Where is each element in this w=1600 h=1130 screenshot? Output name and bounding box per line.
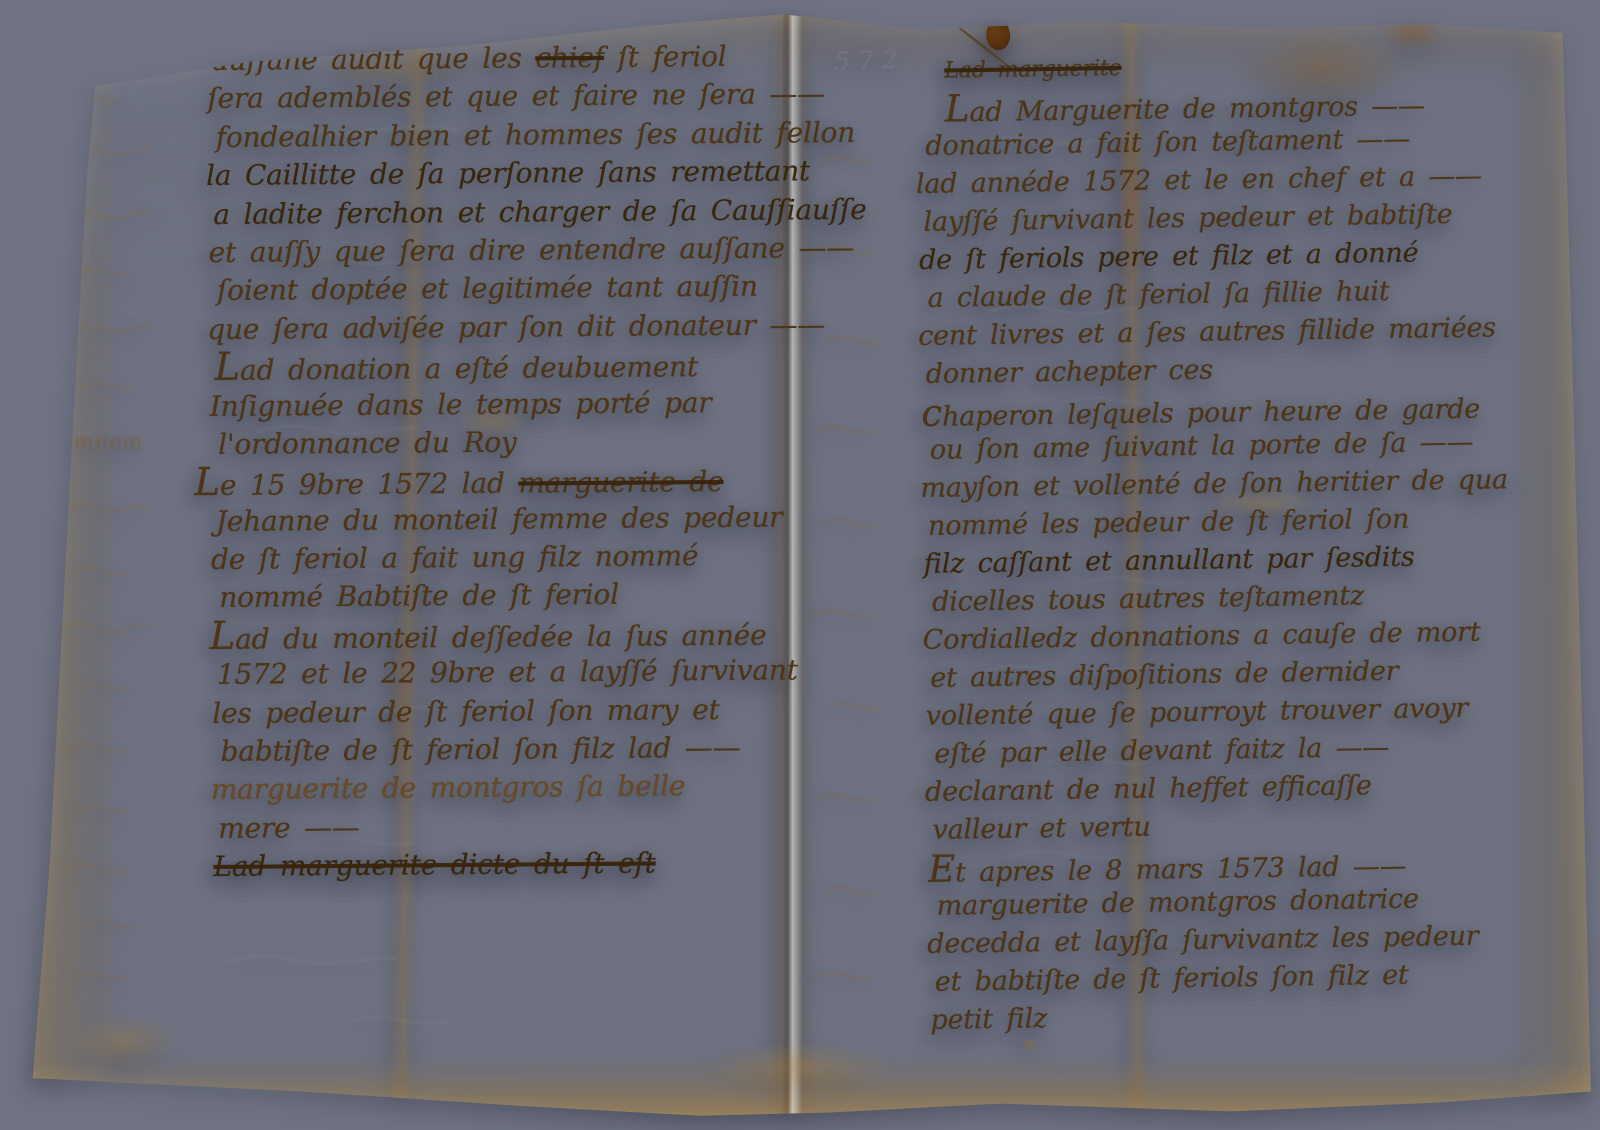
manuscript-line: Lad marguerite dicte du ſt eſt — [213, 844, 797, 887]
margin-mark: -b — [54, 53, 81, 84]
line-text: declarant de nul heffet efficaſſe — [925, 770, 1372, 808]
manuscript-line: Lad du monteil deſſedée la ſus année — [210, 613, 796, 656]
line-text: eſté par elle devant faitz la —— — [934, 732, 1389, 770]
manuscript-line: que ſera adviſée par ſon dit donateur —— — [207, 306, 793, 349]
line-text: a ladite ferchon et charger de ſa Cauſſi… — [213, 192, 866, 230]
manuscript-line: fondealhier bien et hommes ſes audit fel… — [216, 114, 792, 157]
left-page-text: auſſane audit que les chief ſt feriol ſe… — [205, 37, 798, 886]
paper-shadow-wrap: -b ſolemnem 572 auſſane audit que les ch… — [28, 12, 1594, 1118]
manuscript-line: et auſſy que ſera dire entendre auſſane … — [209, 229, 793, 272]
manuscript-line: ſoient doptée et legitimée tant auſſin — [217, 268, 793, 311]
line-text: decedda et layſſa ſurvivantz les pedeur — [927, 921, 1479, 960]
faint-pencil-mark: 572 — [834, 45, 907, 76]
struck-text: chief — [535, 41, 604, 75]
line-text: les pedeur de ſt feriol ſon mary et — [212, 693, 720, 730]
showthrough-note: ſolemnem — [30, 430, 143, 454]
manuscript-line: les pedeur de ſt feriol ſon mary et — [212, 690, 796, 733]
line-text: mayſon et vollenté de ſon heritier de qu… — [920, 464, 1508, 504]
line-text: Jehanne du monteil femme des pedeur — [216, 500, 783, 537]
line-text: marguerite de montgros donatrice — [936, 884, 1419, 922]
line-text: nommé Babtiſte de ſt feriol — [219, 578, 619, 614]
line-text: Lad du monteil deſſedée la ſus année — [210, 618, 767, 655]
line-text: que ſera adviſée par ſon dit donateur —— — [207, 308, 825, 346]
line-text: de ſt feriols pere et filz et a donné — [919, 238, 1419, 276]
manuscript-line: ſera ademblés et que et faire ne ſera —— — [207, 76, 791, 119]
manuscript-photograph: -b ſolemnem 572 auſſane audit que les ch… — [0, 0, 1600, 1130]
line-text: filz caſſant et annullant par ſesdits — [923, 542, 1414, 580]
manuscript-line: Lad donation a eſté deubuement — [214, 345, 793, 388]
line-text: donatrice a fait ſon teſtament —— — [925, 124, 1410, 162]
line-text: 1572 et le 22 9bre et a layſſé ſurvivant — [217, 654, 798, 692]
line-text: mere —— — [218, 811, 360, 845]
line-text: de ſt feriol a fait ung filz nommé — [211, 539, 698, 576]
manuscript-line: nommé Babtiſte de ſt feriol — [219, 575, 795, 618]
line-text: cent livres et a ſes autres fillide mari… — [918, 312, 1496, 352]
line-text: valleur et vertu — [932, 812, 1151, 846]
line-text: dicelles tous autres teſtamentz — [932, 580, 1364, 617]
line-text: ſt feriol — [604, 40, 727, 74]
line-text: ſera ademblés et que et faire ne ſera —— — [207, 78, 825, 116]
line-text: marguerite de montgros ſa belle — [211, 770, 686, 807]
manuscript-line: Jehanne du monteil femme des pedeur — [216, 498, 795, 541]
line-text: auſſane audit que les — [212, 41, 535, 77]
manuscript-line: la Caillitte de ſa perſonne ſans remetta… — [206, 153, 792, 196]
manuscript-line: mere —— — [218, 805, 797, 848]
manuscript-line: 1572 et le 22 9bre et a layſſé ſurvivant — [217, 652, 796, 695]
line-text: l'ordonnance du Roy — [218, 425, 517, 460]
line-text: nommé les pedeur de ſt feriol ſon — [928, 504, 1410, 542]
struck-text: marguerite de — [518, 465, 723, 500]
line-text: et autres diſpoſitions de dernider — [930, 656, 1399, 694]
line-text: Lad donation a eſté deubuement — [214, 350, 698, 387]
struck-text: Lad marguerite — [944, 55, 1122, 84]
line-text: et auſſy que ſera dire entendre auſſane … — [209, 231, 855, 269]
manuscript-bifolium-sheet: -b ſolemnem 572 auſſane audit que les ch… — [28, 12, 1594, 1118]
manuscript-line: babtiſte de ſt feriol ſon filz lad —— — [220, 728, 796, 771]
line-text: ſoient doptée et legitimée tant auſſin — [217, 270, 758, 307]
line-text: babtiſte de ſt feriol ſon filz lad —— — [220, 731, 740, 768]
manuscript-line: Le 15 9bre 1572 lad marguerite de — [194, 460, 794, 503]
line-text: la Caillitte de ſa perſonne ſans remetta… — [206, 154, 810, 192]
manuscript-line: auſſane audit que les chief ſt feriol — [212, 37, 791, 80]
manuscript-line: Inſignuée dans le temps porté par — [210, 383, 794, 426]
line-text: Le 15 9bre 1572 lad — [194, 467, 518, 503]
line-text: donner achepter ces — [926, 355, 1214, 390]
line-text: vollenté que ſe pourroyt trouver avoyr — [926, 693, 1469, 732]
line-text: lad annéde 1572 et le en chef et a —— — [916, 161, 1482, 200]
line-text: ou ſon ame ſuivant la porte de ſa —— — [930, 427, 1474, 466]
manuscript-line: l'ordonnance du Roy — [218, 421, 794, 464]
manuscript-line: de ſt feriol a fait ung filz nommé — [211, 536, 795, 579]
line-text: Cordialledz donnations a cauſe de mort — [923, 617, 1481, 656]
line-text: petit filz — [930, 1003, 1047, 1036]
line-text: et babtiſte de ſt feriols ſon filz et — [935, 960, 1409, 998]
line-text: a claude de ſt feriol ſa fillie huit — [927, 276, 1389, 314]
manuscript-line: marguerite de montgros ſa belle — [211, 767, 797, 810]
struck-text: Lad marguerite dicte du ſt eſt — [213, 847, 655, 883]
line-text: fondealhier bien et hommes ſes audit fel… — [216, 116, 856, 154]
line-text: layſſé ſurvivant les pedeur et babtiſte — [923, 199, 1452, 238]
right-page-text: Lad marguerite Lad Marguerite de montgro… — [914, 42, 1581, 1040]
manuscript-line: a ladite ferchon et charger de ſa Cauſſi… — [213, 191, 792, 234]
line-text: Inſignuée dans le temps porté par — [210, 386, 712, 423]
